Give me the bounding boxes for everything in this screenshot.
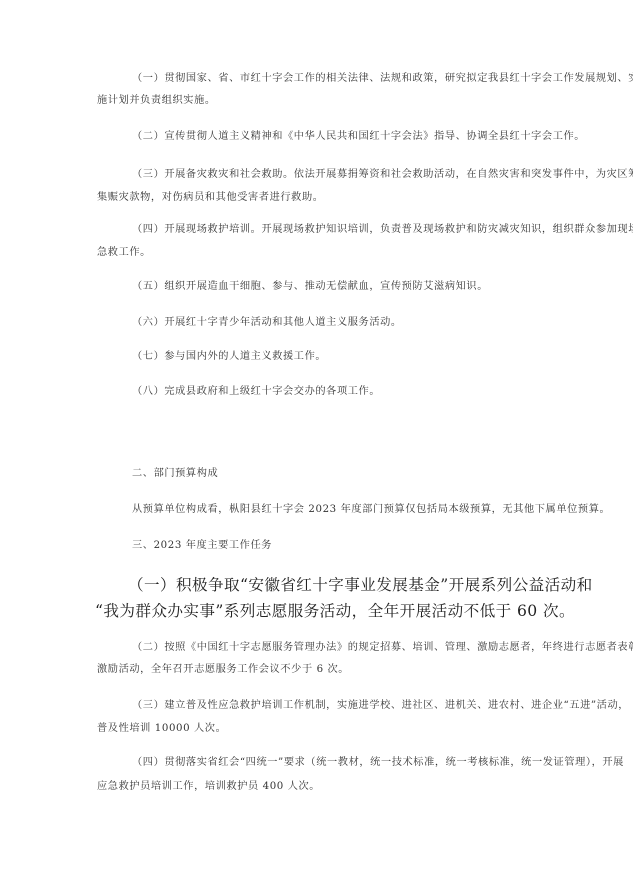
duty-item-7: （七）参与国内外的人道主义救援工作。 xyxy=(132,350,326,364)
task-item-1-line-2: “我为群众办实事”系列志愿服务活动，全年开展活动不低于 60 次。 xyxy=(95,601,575,621)
duty-item-8: （八）完成县政府和上级红十字会交办的各项工作。 xyxy=(132,385,380,399)
duty-item-2: （二）宣传贯彻人道主义精神和《中华人民共和国红十字会法》指导、协调全县红十字会工… xyxy=(132,130,585,144)
task-item-2-line-2: 激励活动，全年召开志愿服务工作会议不少于 6 次。 xyxy=(97,663,349,677)
task-item-3-line-2: 普及性培训 10000 人次。 xyxy=(97,722,226,736)
section-3-heading: 三、2023 年度主要工作任务 xyxy=(132,539,272,553)
duty-item-4-line-2: 急救工作。 xyxy=(97,246,151,260)
duty-item-6: （六）开展红十字青少年活动和其他人道主义服务活动。 xyxy=(132,316,402,330)
duty-item-1-line-1: （一）贯彻国家、省、市红十字会工作的相关法律、法规和政策，研究拟定我县红十字会工… xyxy=(132,72,633,86)
duty-item-1-line-2: 施计划并负责组织实施。 xyxy=(97,94,216,108)
duty-item-3-line-2: 集赈灾款物，对伤病员和其他受害者进行救助。 xyxy=(97,191,324,205)
section-2-heading: 二、部门预算构成 xyxy=(132,467,218,481)
section-2-body: 从预算单位构成看，枞阳县红十字会 2023 年度部门预算仅包括局本级预算，无其他… xyxy=(132,503,610,517)
task-item-3-line-1: （三）建立普及性应急救护培训工作机制，实施进学校、进社区、进机关、进农村、进企业… xyxy=(132,699,629,713)
task-item-1-line-1: （一）积极争取“安徽省红十字事业发展基金”开展系列公益活动和 xyxy=(128,575,593,595)
duty-item-5: （五）组织开展造血干细胞、参与、推动无偿献血，宣传预防艾滋病知识。 xyxy=(132,280,488,294)
document-page: （一）贯彻国家、省、市红十字会工作的相关法律、法规和政策，研究拟定我县红十字会工… xyxy=(0,0,633,895)
task-item-4-line-1: （四）贯彻落实省红会“四统一”要求（统一教材，统一技术标准，统一考核标准，统一发… xyxy=(132,756,624,770)
duty-item-4-line-1: （四）开展现场救护培训。开展现场救护知识培训，负责普及现场救护和防灾减灾知识，组… xyxy=(132,223,633,237)
duty-item-3-line-1: （三）开展备灾救灾和社会救助。依法开展募捐筹资和社会救助活动，在自然灾害和突发事… xyxy=(132,168,633,182)
task-item-4-line-2: 应急救护员培训工作，培训救护员 400 人次。 xyxy=(97,780,320,794)
task-item-2-line-1: （二）按照《中国红十字志愿服务管理办法》的规定招募、培训、管理、激励志愿者，年终… xyxy=(132,641,633,655)
